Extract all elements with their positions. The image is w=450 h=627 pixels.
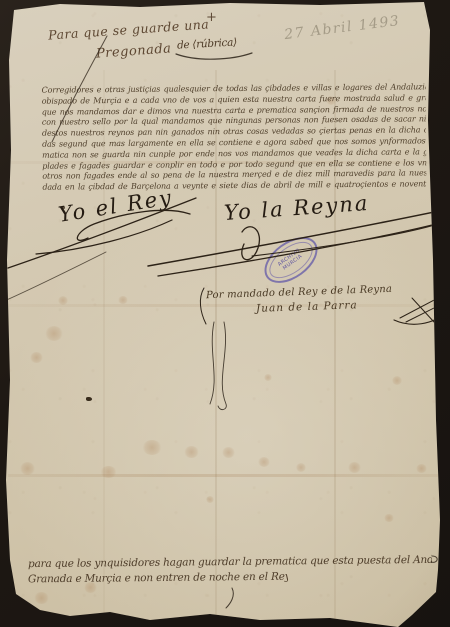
body-text-block: Corregidores e otras justiçias qualesqui… [42,82,427,193]
foxing-stain [264,374,272,381]
fold-line-horizontal-middle [8,304,440,307]
foxing-stain [34,592,49,604]
cross-mark: + [206,10,217,25]
secretary-note-line1: Por mandado del Rey e de la Reyna [206,284,392,301]
foxing-stain [258,457,270,467]
archival-pencil-date: 27 Abril 1493 [283,13,401,43]
signature-yo-la-reyna: Yo la Reyna [223,191,370,225]
archive-stamp: ARCHIVO MURCIA [256,228,326,292]
foxing-stain [30,352,43,363]
docket-title-line2: Pregonada [96,41,172,61]
body-line: dada en la çibdad de Barçelona a veynte … [42,179,426,193]
endorsement-line1: para que los ynquisidores hagan guardar … [28,554,432,570]
foxing-stain [392,376,402,385]
foxing-stain [348,462,361,473]
side-inscription: de ⟨rúbrica⟩ [177,36,237,51]
foxing-stain [416,464,427,473]
foxing-stain [118,296,128,304]
foxing-stain [296,463,306,472]
ink-speck [86,397,92,401]
secretary-signature: Juan de la Parra [256,299,358,315]
foxing-stain [222,447,235,458]
foxing-stain [45,326,63,341]
foxing-stain [142,440,162,455]
foxing-stain [206,496,214,503]
foxing-stain [184,446,199,458]
document-scan: Para que se guarde una Pregonada de ⟨rúb… [0,0,450,627]
endorsement-line2: Granada e Murçia e non entren de noche e… [28,571,288,586]
manuscript-paper: Para que se guarde una Pregonada de ⟨rúb… [0,0,450,627]
foxing-stain [384,514,394,522]
fold-line-horizontal-lower [8,474,440,477]
